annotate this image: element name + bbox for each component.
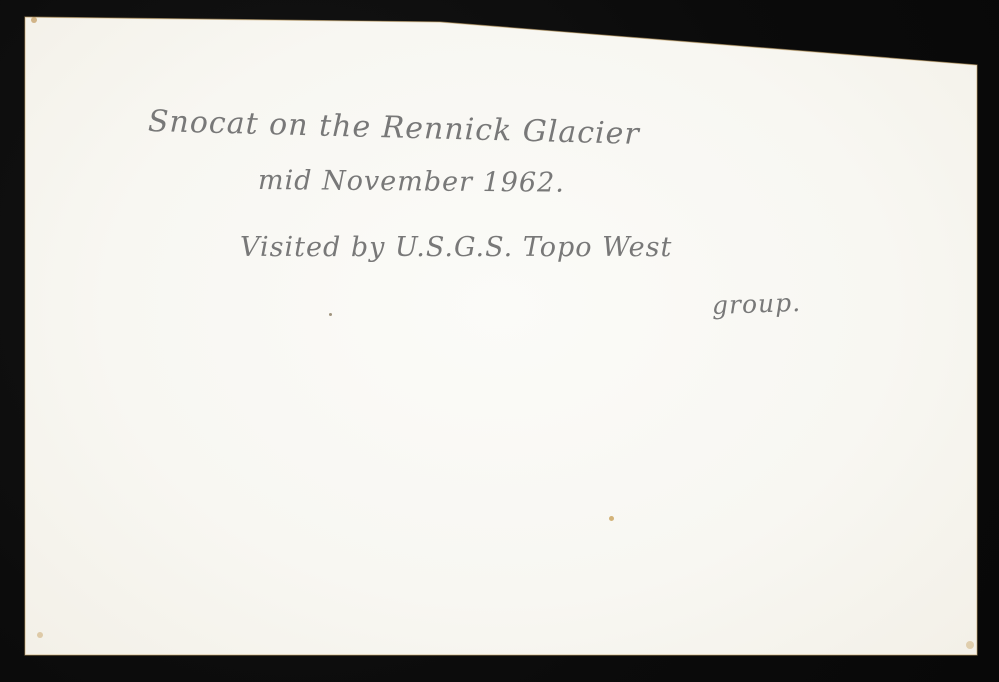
photo-back-card: Snocat on the Rennick Glacier mid Novemb… [0,0,999,682]
photo-background: Snocat on the Rennick Glacier mid Novemb… [0,0,999,682]
inscription-line-4: group. [711,288,801,320]
paper-stain [609,516,614,521]
paper-stain [329,313,332,316]
paper-surface [0,0,999,682]
inscription-line-2: mid November 1962. [258,165,565,199]
inscription-line-3: Visited by U.S.G.S. Topo West [240,232,672,263]
